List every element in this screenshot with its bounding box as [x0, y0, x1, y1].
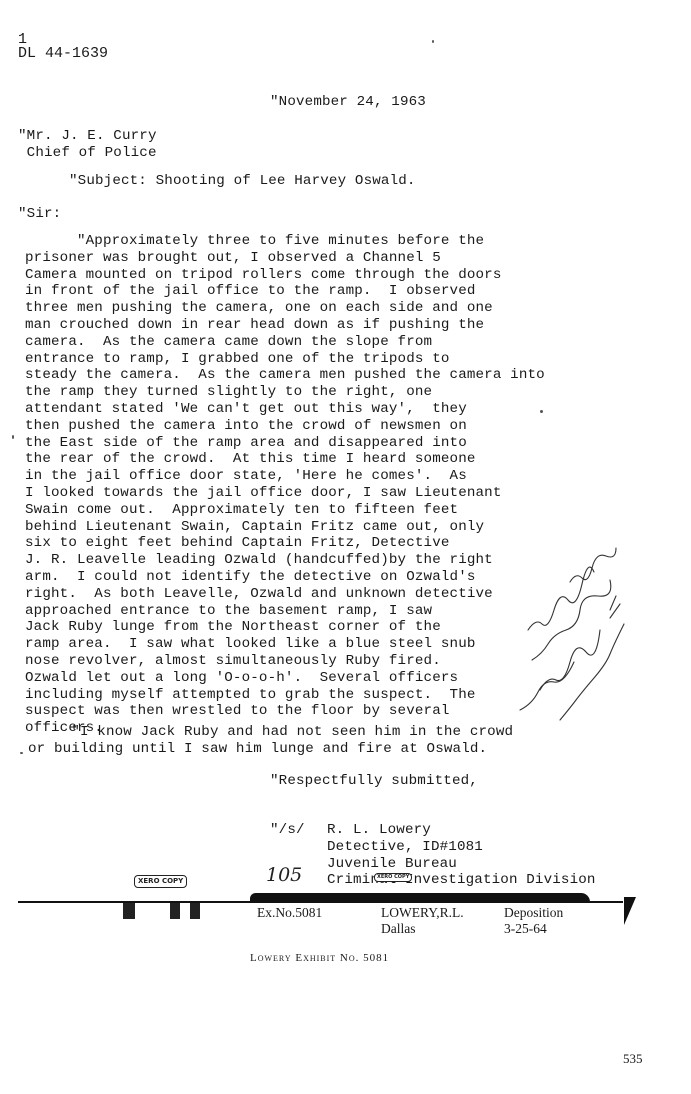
text-line: right. As both Leavelle, Ozwald and unkn… — [25, 586, 545, 603]
file-number: DL 44-1639 — [18, 45, 108, 62]
text-line: 3-25-64 — [504, 921, 563, 937]
horizontal-rule — [18, 901, 623, 903]
addressee-block: "Mr. J. E. Curry Chief of Police — [18, 128, 157, 162]
copy-speck — [20, 752, 23, 754]
text-line: nose revolver, almost simultaneously Rub… — [25, 653, 545, 670]
text-line: prisoner was brought out, I observed a C… — [25, 250, 545, 267]
text-line: I looked towards the jail office door, I… — [25, 485, 545, 502]
text-line: Detective, ID#1081 — [327, 839, 596, 856]
text-line: entrance to ramp, I grabbed one of the t… — [25, 351, 545, 368]
text-line: Juvenile Bureau — [327, 856, 596, 873]
text-line: including myself attempted to grab the s… — [25, 687, 545, 704]
copy-speck — [540, 410, 543, 413]
exhibit-number: Ex.No.5081 — [257, 905, 322, 921]
xero-copy-stamp-small: XERO COPY — [374, 873, 412, 882]
exhibit-witness: LOWERY,R.L.Dallas — [381, 905, 464, 937]
text-line: Swain come out. Approximately ten to fif… — [25, 502, 545, 519]
text-line: Criminal Investigation Division — [327, 872, 596, 889]
text-line: suspect was then wrestled to the floor b… — [25, 703, 545, 720]
text-line: Ozwald let out a long 'O-o-o-h'. Several… — [25, 670, 545, 687]
copy-artifact-mark — [190, 903, 200, 919]
text-line: LOWERY,R.L. — [381, 905, 464, 921]
text-line: the ramp they turned slightly to the rig… — [25, 384, 545, 401]
text-line: the East side of the ramp area and disap… — [25, 435, 545, 452]
text-line: "I know Jack Ruby and had not seen him i… — [28, 724, 513, 741]
exhibit-caption: Lowery Exhibit No. 5081 — [250, 952, 389, 964]
signature-prefix: "/s/ — [270, 822, 305, 839]
signature-block: R. L. LoweryDetective, ID#1081Juvenile B… — [327, 822, 596, 889]
text-line: steady the camera. As the camera men pus… — [25, 367, 545, 384]
letter-date: "November 24, 1963 — [270, 94, 426, 111]
addressee-title: Chief of Police — [18, 145, 157, 161]
closing: "Respectfully submitted, — [270, 773, 478, 790]
text-line: R. L. Lowery — [327, 822, 596, 839]
copy-speck — [432, 40, 434, 43]
text-line: camera. As the camera came down the slop… — [25, 334, 545, 351]
text-line: J. R. Leavelle leading Ozwald (handcuffe… — [25, 552, 545, 569]
text-line: Camera mounted on tripod rollers come th… — [25, 267, 545, 284]
body-paragraph-1: "Approximately three to five minutes bef… — [25, 233, 545, 737]
text-line: attendant stated 'We can't get out this … — [25, 401, 545, 418]
text-line: Deposition — [504, 905, 563, 921]
text-line: or building until I saw him lunge and fi… — [28, 741, 513, 758]
copy-speck — [12, 435, 14, 439]
text-line: ramp area. I saw what looked like a blue… — [25, 636, 545, 653]
salutation: "Sir: — [18, 206, 61, 223]
text-line: in front of the jail office to the ramp.… — [25, 283, 545, 300]
copy-artifact-mark — [123, 903, 135, 919]
copy-artifact-mark — [170, 903, 180, 919]
text-line: six to eight feet behind Captain Fritz, … — [25, 535, 545, 552]
text-line: approached entrance to the basement ramp… — [25, 603, 545, 620]
text-line: three men pushing the camera, one on eac… — [25, 300, 545, 317]
text-line: Dallas — [381, 921, 464, 937]
text-line: man crouched down in rear head down as i… — [25, 317, 545, 334]
handwritten-annotation-scribble — [510, 520, 650, 730]
text-line: behind Lieutenant Swain, Captain Fritz c… — [25, 519, 545, 536]
body-paragraph-2: "I know Jack Ruby and had not seen him i… — [28, 724, 513, 758]
text-line: the rear of the crowd. At this time I he… — [25, 451, 545, 468]
text-line: "Approximately three to five minutes bef… — [25, 233, 545, 250]
exhibit-label-corner — [624, 897, 636, 925]
xero-copy-stamp: XERO COPY — [134, 875, 187, 888]
addressee-name: "Mr. J. E. Curry — [18, 128, 157, 144]
file-number-header: 1DL 44-1639 — [18, 33, 108, 61]
text-line: in the jail office door state, 'Here he … — [25, 468, 545, 485]
text-line: Jack Ruby lunge from the Northeast corne… — [25, 619, 545, 636]
text-line: then pushed the camera into the crowd of… — [25, 418, 545, 435]
exhibit-proceeding: Deposition3-25-64 — [504, 905, 563, 937]
text-line: arm. I could not identify the detective … — [25, 569, 545, 586]
handwritten-number: 105 — [266, 864, 302, 886]
page-number: 535 — [623, 1051, 643, 1067]
subject-line: "Subject: Shooting of Lee Harvey Oswald. — [69, 173, 416, 190]
